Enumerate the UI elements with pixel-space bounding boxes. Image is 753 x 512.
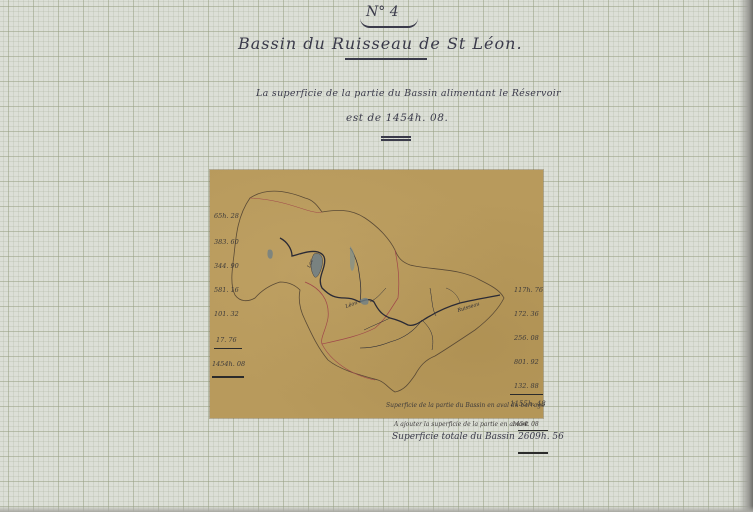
- page-title: Bassin du Ruisseau de St Léon.: [238, 34, 523, 53]
- summary-total-label: Superficie totale du Bassin: [392, 432, 515, 442]
- watershed-map-tracing: Léon Ruisseau Lac 65h. 28 383. 60 344. 9…: [210, 170, 543, 418]
- area-label-left-2: 383. 60: [214, 238, 239, 246]
- summary-rule: [518, 430, 548, 431]
- total-double-rule: [518, 452, 548, 454]
- river-label-leon: Léon: [343, 299, 358, 310]
- area-label-right-5: 132. 88: [514, 382, 539, 390]
- area-label-left-4: 581. 16: [214, 286, 239, 294]
- area-label-left-6: 17. 76: [216, 336, 237, 344]
- page-edge-right: [739, 0, 753, 512]
- summary-row-2-value: 1454. 08: [512, 421, 539, 428]
- area-label-right-3: 256. 08: [514, 334, 539, 342]
- summary-row-2-label: A ajouter la superficie de la partie en …: [394, 421, 529, 428]
- subtitle-line-2: est de 1454h. 08.: [346, 112, 449, 124]
- page-edge-bottom: [0, 506, 753, 512]
- sum-rule-left: [214, 348, 242, 349]
- subtitle-underline: [381, 136, 411, 138]
- sum-rule-right: [510, 394, 543, 395]
- area-total-left: 1454h. 08: [212, 360, 245, 368]
- total-rule-left: [212, 376, 244, 378]
- summary-row-1-value: 1155h. 48: [510, 400, 546, 408]
- area-label-left-5: 101. 32: [214, 310, 239, 318]
- area-label-right-2: 172. 36: [514, 310, 539, 318]
- subtitle-line-1: La superficie de la partie du Bassin ali…: [256, 88, 561, 99]
- area-label-left-3: 344. 90: [214, 262, 239, 270]
- area-label-right-4: 801. 92: [514, 358, 539, 366]
- area-label-left-1: 65h. 28: [214, 212, 239, 220]
- watershed-map-drawing: Léon Ruisseau Lac: [210, 170, 543, 418]
- area-label-right-1: 117h. 76: [514, 286, 543, 294]
- title-underline: [345, 58, 427, 60]
- badge-underline: [360, 18, 418, 28]
- summary-total-value: 2609h. 56: [518, 432, 564, 442]
